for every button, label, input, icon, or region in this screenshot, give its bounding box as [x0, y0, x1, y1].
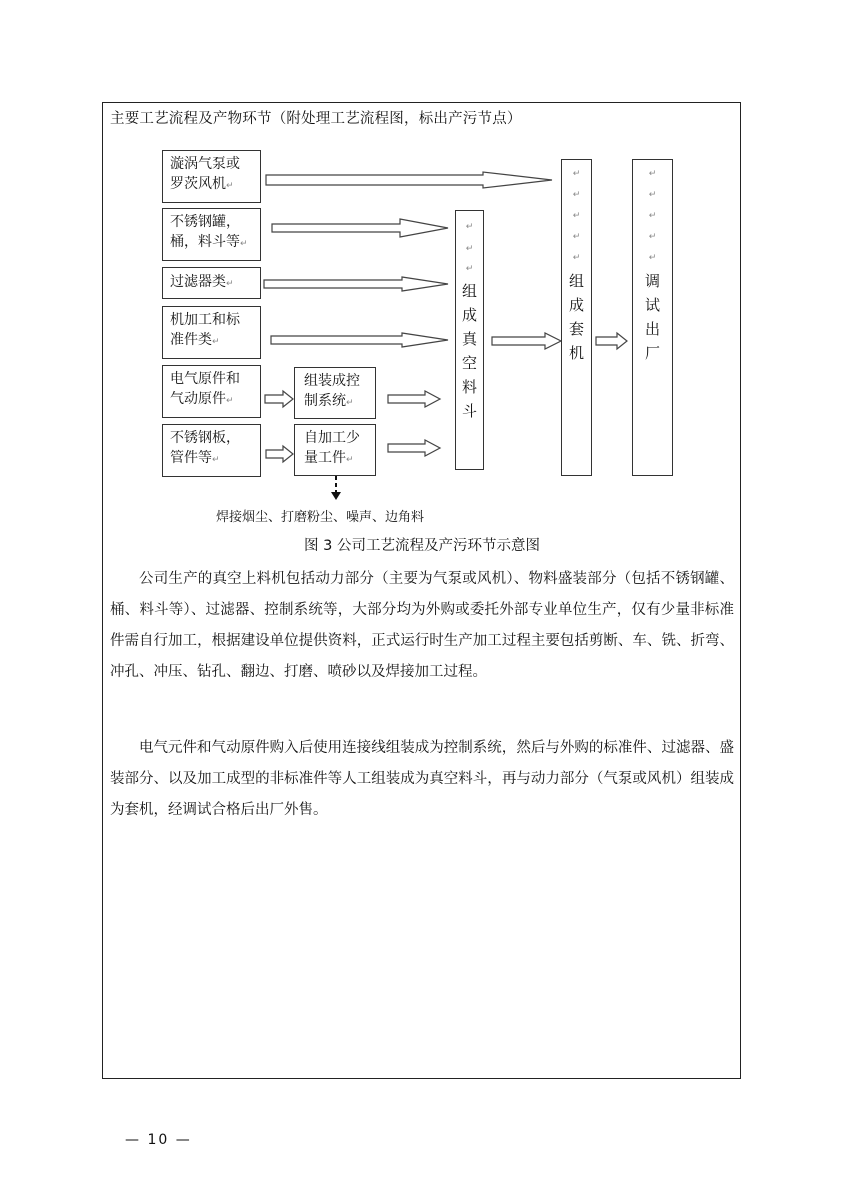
arrow-tank-to-hopper	[272, 219, 448, 237]
paragraph-mark-icon: ↵	[346, 398, 354, 408]
middle-box-self-machined: 自加工少 量工件↵	[294, 424, 376, 476]
arrow-parts-to-hopper	[388, 440, 440, 456]
flow-arrows	[0, 0, 844, 560]
middle-box-control-system: 组装成控 制系统↵	[294, 367, 376, 419]
figure-caption: 图 3 公司工艺流程及产污环节示意图	[0, 534, 844, 555]
vertical-box-assemble-set: ↵ ↵ ↵ ↵ ↵ 组 成 套 机	[561, 159, 592, 476]
vertical-box-test-ship: ↵ ↵ ↵ ↵ ↵ 调 试 出 厂	[632, 159, 673, 476]
paragraph-mark-icon: ↵	[212, 455, 220, 465]
arrow-pump-to-set	[266, 172, 552, 188]
input-box-steel-plate: 不锈钢板， 管件等↵	[162, 424, 261, 477]
paragraph-mark-icon: ↵	[226, 396, 234, 406]
input-box-tank: 不锈钢罐， 桶，料斗等↵	[162, 208, 261, 261]
arrow-plate-to-machining	[266, 446, 293, 462]
arrow-hopper-to-set	[492, 333, 561, 349]
arrow-machining-to-hopper	[271, 333, 448, 347]
arrow-set-to-test	[596, 333, 627, 349]
paragraph-1: 公司生产的真空上料机包括动力部分（主要为气泵或风机）、物料盛装部分（包括不锈钢罐…	[110, 564, 734, 688]
vertical-box-vacuum-hopper: ↵ ↵ ↵ 组 成 真 空 料 斗	[455, 210, 484, 470]
paragraph-mark-icon: ↵	[212, 337, 220, 347]
page-number: — 10 —	[125, 1132, 192, 1148]
paragraph-mark-icon: ↵	[240, 239, 248, 249]
paragraph-mark-icon: ↵	[226, 279, 234, 289]
arrow-filter-to-hopper	[264, 277, 448, 291]
paragraph-mark-icon: ↵	[346, 455, 354, 465]
arrow-control-to-hopper	[388, 391, 440, 407]
pollution-arrowhead	[331, 492, 341, 500]
input-box-filter: 过滤器类↵	[162, 267, 261, 299]
input-box-electrical: 电气原件和 气动原件↵	[162, 365, 261, 418]
arrow-electrical-to-control	[265, 391, 293, 407]
input-box-machining: 机加工和标 准件类↵	[162, 306, 261, 359]
paragraph-mark-icon: ↵	[226, 181, 234, 191]
paragraph-2: 电气元件和气动原件购入后使用连接线组装成为控制系统，然后与外购的标准件、过滤器、…	[110, 733, 734, 826]
input-box-pump: 漩涡气泵或 罗茨风机↵	[162, 150, 261, 203]
pollution-note: 焊接烟尘、打磨粉尘、噪声、边角料	[216, 506, 424, 525]
